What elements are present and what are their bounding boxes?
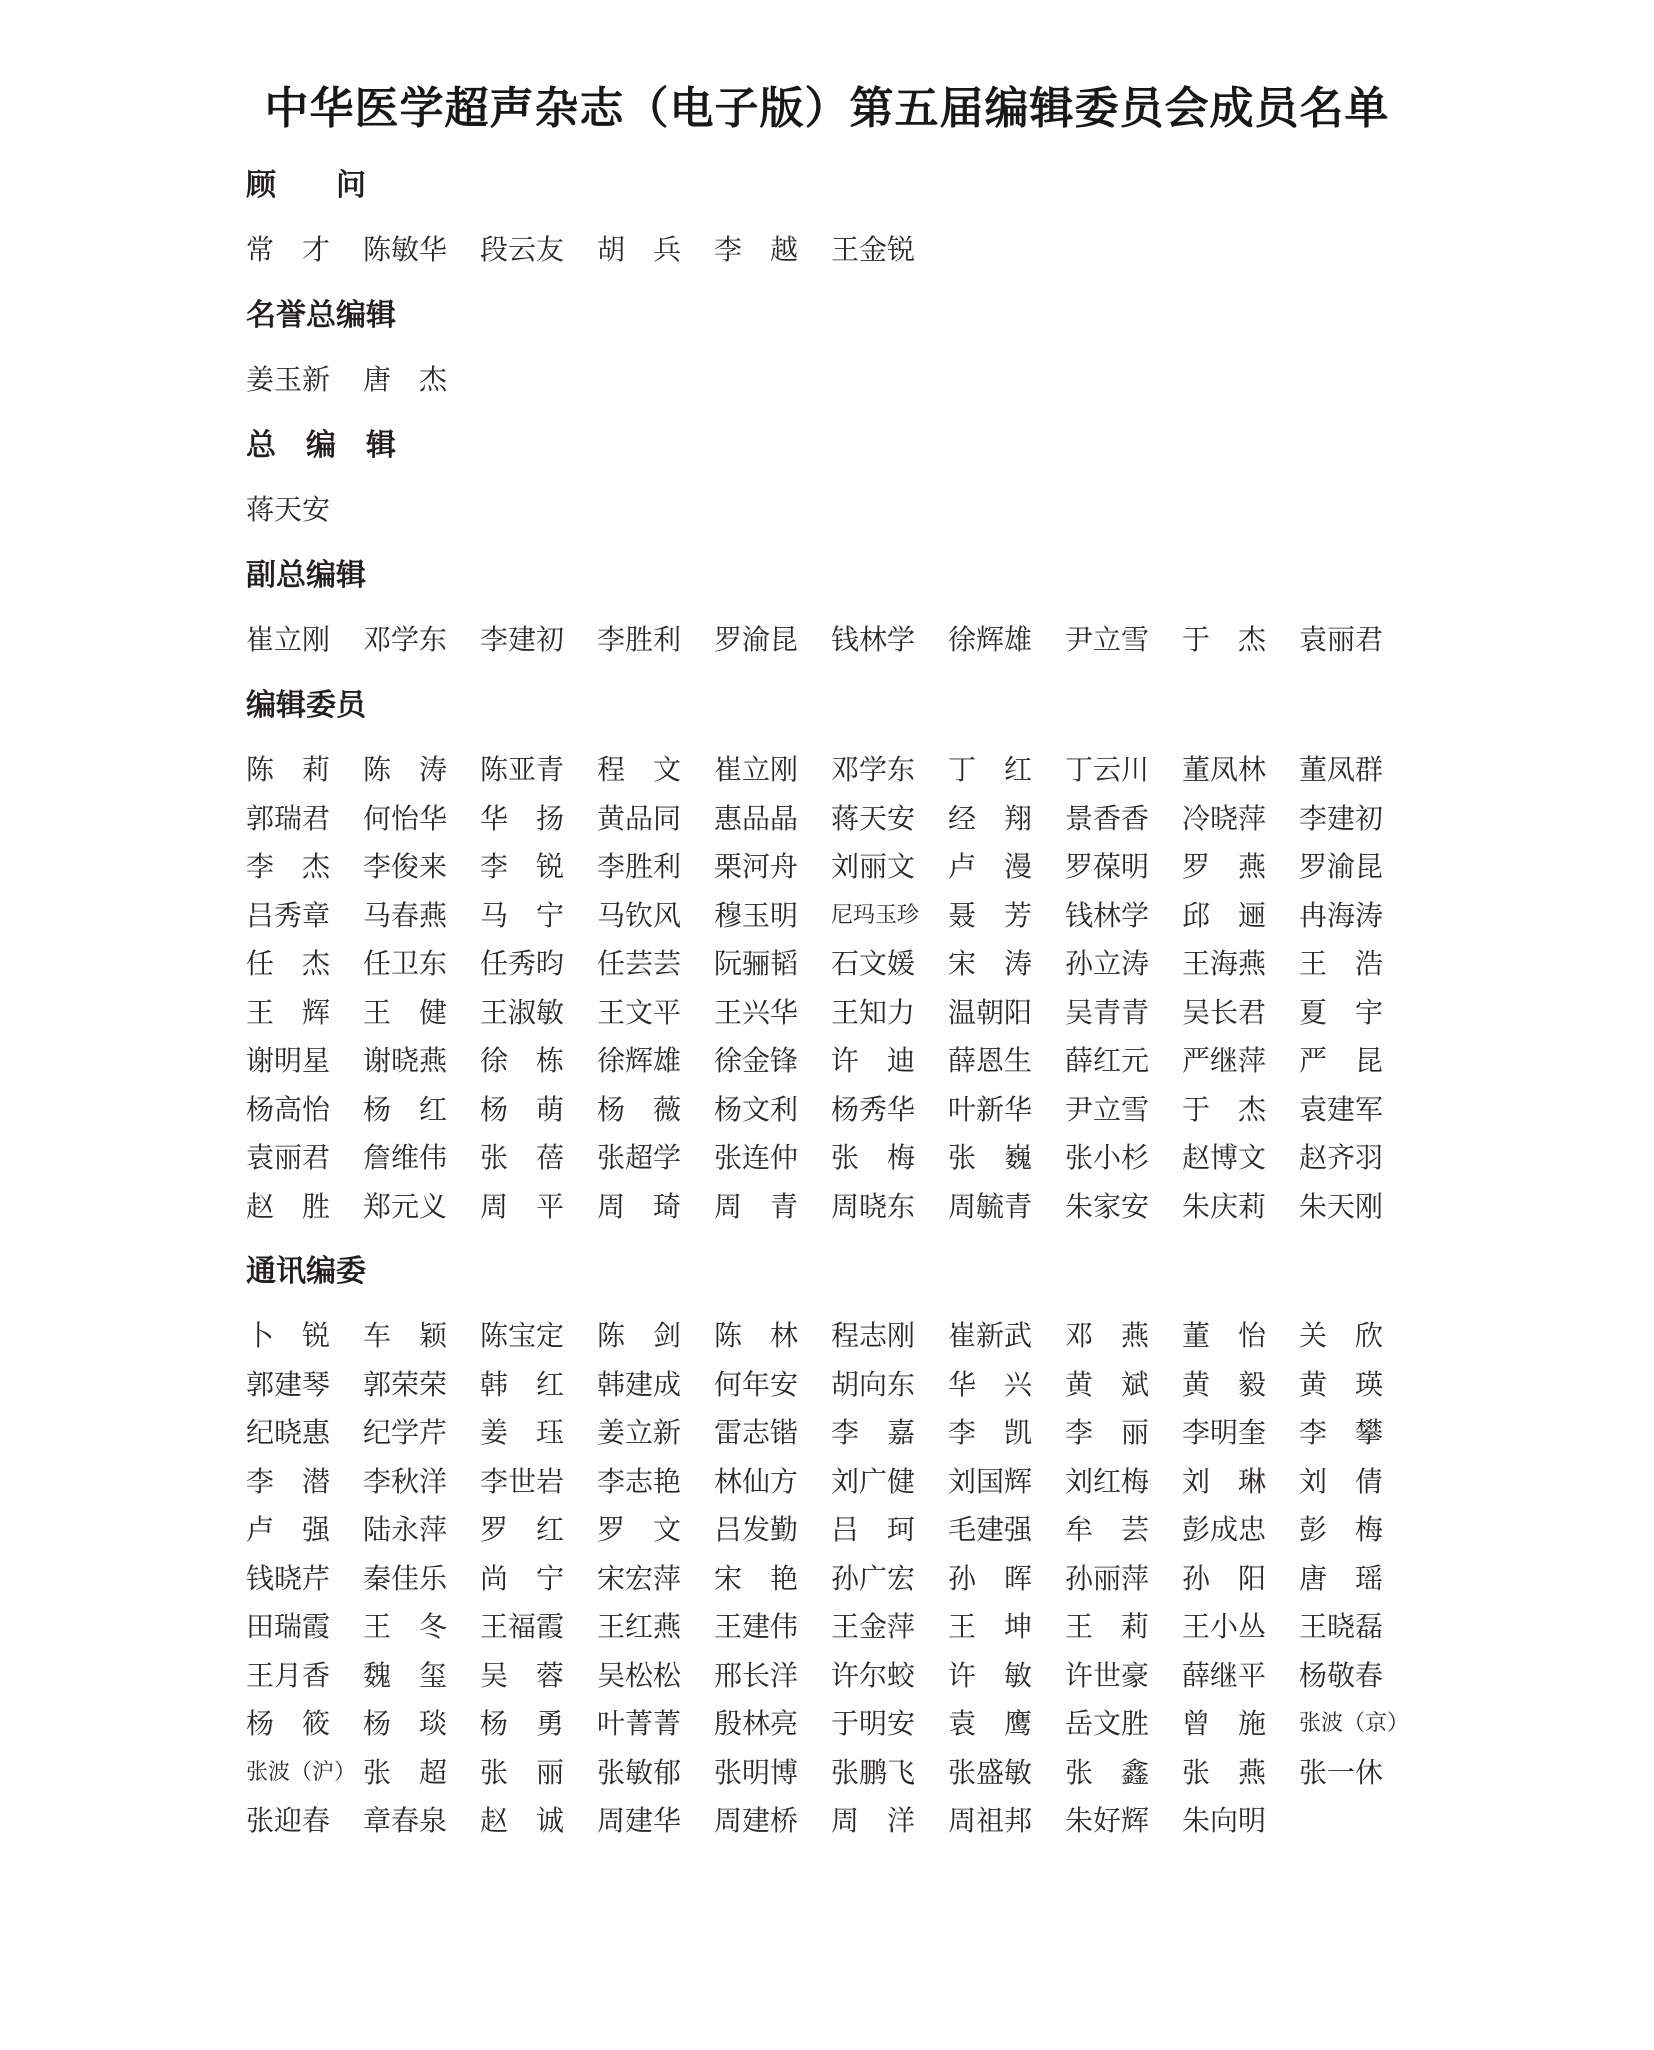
member-name: 崔立刚 <box>714 746 831 795</box>
member-name: 陈敏华 <box>363 226 480 275</box>
member-name: 李 杰 <box>246 843 363 892</box>
member-name: 关 欣 <box>1299 1312 1416 1361</box>
name-list: 陈 莉陈 涛陈亚青程 文崔立刚邓学东丁 红丁云川董凤林董凤群郭瑞君何怡华华 扬黄… <box>246 746 1426 1231</box>
member-name: 严 昆 <box>1299 1037 1416 1086</box>
member-name: 陈 莉 <box>246 746 363 795</box>
member-name: 姜 珏 <box>480 1409 597 1458</box>
member-name: 李 锐 <box>480 843 597 892</box>
member-name: 张 梅 <box>831 1134 948 1183</box>
section-heading: 通讯编委 <box>246 1250 1426 1294</box>
member-name: 孙丽萍 <box>1065 1555 1182 1604</box>
section-corresponding-editors: 通讯编委 卜 锐车 颖陈宝定陈 剑陈 林程志刚崔新武邓 燕董 怡关 欣郭建琴郭荣… <box>246 1250 1426 1846</box>
member-name: 杨 琰 <box>363 1700 480 1749</box>
member-name: 唐 杰 <box>363 356 480 405</box>
page-title: 中华医学超声杂志（电子版）第五届编辑委员会成员名单 <box>0 72 1654 136</box>
member-name: 栗河舟 <box>714 843 831 892</box>
member-name: 吕 珂 <box>831 1506 948 1555</box>
member-name: 刘 琳 <box>1182 1458 1299 1507</box>
member-name: 穆玉明 <box>714 892 831 941</box>
member-name: 岳文胜 <box>1065 1700 1182 1749</box>
member-name: 吴青青 <box>1065 989 1182 1038</box>
member-name: 赵 诚 <box>480 1797 597 1846</box>
member-name: 罗渝昆 <box>714 616 831 665</box>
member-name: 于 杰 <box>1182 1086 1299 1135</box>
member-name: 聂 芳 <box>948 892 1065 941</box>
member-name: 张鹏飞 <box>831 1749 948 1798</box>
member-name: 殷林亮 <box>714 1700 831 1749</box>
name-list: 卜 锐车 颖陈宝定陈 剑陈 林程志刚崔新武邓 燕董 怡关 欣郭建琴郭荣荣韩 红韩… <box>246 1312 1426 1846</box>
member-name: 孙 晖 <box>948 1555 1065 1604</box>
member-name: 杨 筱 <box>246 1700 363 1749</box>
member-name: 袁建军 <box>1299 1086 1416 1135</box>
member-name: 何怡华 <box>363 795 480 844</box>
member-name: 李秋洋 <box>363 1458 480 1507</box>
member-name: 刘国辉 <box>948 1458 1065 1507</box>
member-name: 罗 红 <box>480 1506 597 1555</box>
section-editorial-board: 编辑委员 陈 莉陈 涛陈亚青程 文崔立刚邓学东丁 红丁云川董凤林董凤群郭瑞君何怡… <box>246 684 1426 1231</box>
section-advisors: 顾 问 常 才陈敏华段云友胡 兵李 越王金锐 <box>246 164 1426 275</box>
name-list: 姜玉新唐 杰 <box>246 356 1426 405</box>
member-name: 黄 瑛 <box>1299 1361 1416 1410</box>
member-name: 尼玛玉珍 <box>831 892 948 941</box>
member-name: 薛继平 <box>1182 1652 1299 1701</box>
member-name: 韩建成 <box>597 1361 714 1410</box>
member-name: 杨敬春 <box>1299 1652 1416 1701</box>
member-name: 杨秀华 <box>831 1086 948 1135</box>
member-name: 邱 逦 <box>1182 892 1299 941</box>
member-name: 李 嘉 <box>831 1409 948 1458</box>
member-name: 薛红元 <box>1065 1037 1182 1086</box>
member-name: 朱向明 <box>1182 1797 1299 1846</box>
member-name: 李世岩 <box>480 1458 597 1507</box>
member-name: 罗 文 <box>597 1506 714 1555</box>
member-name: 詹维伟 <box>363 1134 480 1183</box>
member-name: 张 巍 <box>948 1134 1065 1183</box>
member-name: 任卫东 <box>363 940 480 989</box>
member-name: 尹立雪 <box>1065 616 1182 665</box>
member-name: 张迎春 <box>246 1797 363 1846</box>
member-name: 郭荣荣 <box>363 1361 480 1410</box>
member-name: 许 敏 <box>948 1652 1065 1701</box>
member-name: 姜玉新 <box>246 356 363 405</box>
member-name: 华 兴 <box>948 1361 1065 1410</box>
member-name: 程志刚 <box>831 1312 948 1361</box>
member-name: 周祖邦 <box>948 1797 1065 1846</box>
member-name: 郭瑞君 <box>246 795 363 844</box>
member-name: 景香香 <box>1065 795 1182 844</box>
member-name: 彭成忠 <box>1182 1506 1299 1555</box>
member-name: 陈亚青 <box>480 746 597 795</box>
member-name: 徐金锋 <box>714 1037 831 1086</box>
member-name: 杨 红 <box>363 1086 480 1135</box>
document-page: 中华医学超声杂志（电子版）第五届编辑委员会成员名单 顾 问 常 才陈敏华段云友胡… <box>0 0 1654 2050</box>
member-name: 王海燕 <box>1182 940 1299 989</box>
member-name: 章春泉 <box>363 1797 480 1846</box>
member-name: 林仙方 <box>714 1458 831 1507</box>
member-name: 蒋天安 <box>831 795 948 844</box>
member-name: 周 琦 <box>597 1183 714 1232</box>
member-name: 叶菁菁 <box>597 1700 714 1749</box>
name-list: 崔立刚邓学东李建初李胜利罗渝昆钱林学徐辉雄尹立雪于 杰袁丽君 <box>246 616 1426 665</box>
member-name: 李胜利 <box>597 616 714 665</box>
member-name: 经 翔 <box>948 795 1065 844</box>
member-name: 任秀昀 <box>480 940 597 989</box>
member-name: 杨高怡 <box>246 1086 363 1135</box>
member-name: 华 扬 <box>480 795 597 844</box>
member-name: 蒋天安 <box>246 486 363 535</box>
member-name: 尚 宁 <box>480 1555 597 1604</box>
member-name: 卢 强 <box>246 1506 363 1555</box>
member-name: 惠品晶 <box>714 795 831 844</box>
member-name: 纪晓惠 <box>246 1409 363 1458</box>
member-name: 邢长洋 <box>714 1652 831 1701</box>
member-name: 胡 兵 <box>597 226 714 275</box>
member-name: 冷晓萍 <box>1182 795 1299 844</box>
member-name: 李 丽 <box>1065 1409 1182 1458</box>
member-name: 刘广健 <box>831 1458 948 1507</box>
member-name: 周毓青 <box>948 1183 1065 1232</box>
member-name: 赵 胜 <box>246 1183 363 1232</box>
section-heading: 编辑委员 <box>246 684 1426 728</box>
member-name: 周 平 <box>480 1183 597 1232</box>
member-name: 冉海涛 <box>1299 892 1416 941</box>
member-name: 孙立涛 <box>1065 940 1182 989</box>
member-name: 宋宏萍 <box>597 1555 714 1604</box>
member-name: 杨 勇 <box>480 1700 597 1749</box>
member-name: 严继萍 <box>1182 1037 1299 1086</box>
member-name: 吴松松 <box>597 1652 714 1701</box>
name-list: 常 才陈敏华段云友胡 兵李 越王金锐 <box>246 226 1426 275</box>
member-name: 夏 宇 <box>1299 989 1416 1038</box>
member-name: 张 丽 <box>480 1749 597 1798</box>
member-name: 宋 艳 <box>714 1555 831 1604</box>
member-name: 袁丽君 <box>1299 616 1416 665</box>
member-name: 李俊来 <box>363 843 480 892</box>
member-name: 李 潜 <box>246 1458 363 1507</box>
section-heading: 总 编 辑 <box>246 424 1426 468</box>
member-name: 吕秀章 <box>246 892 363 941</box>
member-name: 吕发勤 <box>714 1506 831 1555</box>
member-name: 王 浩 <box>1299 940 1416 989</box>
member-name: 张连仲 <box>714 1134 831 1183</box>
member-name: 徐辉雄 <box>597 1037 714 1086</box>
member-name: 唐 瑶 <box>1299 1555 1416 1604</box>
member-name: 许 迪 <box>831 1037 948 1086</box>
member-name: 张 燕 <box>1182 1749 1299 1798</box>
member-name: 李志艳 <box>597 1458 714 1507</box>
member-name: 张 超 <box>363 1749 480 1798</box>
member-name: 李建初 <box>480 616 597 665</box>
member-name: 韩 红 <box>480 1361 597 1410</box>
member-name: 王 冬 <box>363 1603 480 1652</box>
member-name: 张明博 <box>714 1749 831 1798</box>
member-name: 邓 燕 <box>1065 1312 1182 1361</box>
member-name: 杨 薇 <box>597 1086 714 1135</box>
member-name: 周 洋 <box>831 1797 948 1846</box>
member-name: 曾 施 <box>1182 1700 1299 1749</box>
member-name: 秦佳乐 <box>363 1555 480 1604</box>
member-name: 朱家安 <box>1065 1183 1182 1232</box>
member-name: 王 健 <box>363 989 480 1038</box>
member-name: 叶新华 <box>948 1086 1065 1135</box>
member-name: 黄 斌 <box>1065 1361 1182 1410</box>
member-name: 王福霞 <box>480 1603 597 1652</box>
member-name: 许世豪 <box>1065 1652 1182 1701</box>
member-name: 陆永萍 <box>363 1506 480 1555</box>
member-name: 郑元义 <box>363 1183 480 1232</box>
member-name: 朱庆莉 <box>1182 1183 1299 1232</box>
member-name: 田瑞霞 <box>246 1603 363 1652</box>
member-name: 马春燕 <box>363 892 480 941</box>
member-name: 王月香 <box>246 1652 363 1701</box>
member-name: 钱晓芹 <box>246 1555 363 1604</box>
member-name: 邓学东 <box>363 616 480 665</box>
member-name: 王晓磊 <box>1299 1603 1416 1652</box>
member-name: 石文媛 <box>831 940 948 989</box>
member-name: 卢 漫 <box>948 843 1065 892</box>
member-name: 任芸芸 <box>597 940 714 989</box>
section-honorary-editor-in-chief: 名誉总编辑 姜玉新唐 杰 <box>246 294 1426 405</box>
member-name: 孙广宏 <box>831 1555 948 1604</box>
member-name: 黄品同 <box>597 795 714 844</box>
member-name: 宋 涛 <box>948 940 1065 989</box>
member-name: 王小丛 <box>1182 1603 1299 1652</box>
member-name: 陈 剑 <box>597 1312 714 1361</box>
member-name: 周建华 <box>597 1797 714 1846</box>
member-name: 毛建强 <box>948 1506 1065 1555</box>
member-name: 刘丽文 <box>831 843 948 892</box>
member-name: 谢明星 <box>246 1037 363 1086</box>
member-name: 阮骊韬 <box>714 940 831 989</box>
member-name: 何年安 <box>714 1361 831 1410</box>
section-heading: 顾 问 <box>246 164 1426 208</box>
member-name: 周晓东 <box>831 1183 948 1232</box>
member-name: 王建伟 <box>714 1603 831 1652</box>
member-name: 王 莉 <box>1065 1603 1182 1652</box>
member-name: 刘红梅 <box>1065 1458 1182 1507</box>
member-name: 于明安 <box>831 1700 948 1749</box>
section-editor-in-chief: 总 编 辑 蒋天安 <box>246 424 1426 535</box>
member-name: 王红燕 <box>597 1603 714 1652</box>
member-name: 赵齐羽 <box>1299 1134 1416 1183</box>
member-name: 姜立新 <box>597 1409 714 1458</box>
member-name: 丁 红 <box>948 746 1065 795</box>
member-name: 王知力 <box>831 989 948 1038</box>
member-name: 陈宝定 <box>480 1312 597 1361</box>
member-name: 段云友 <box>480 226 597 275</box>
member-name: 马钦风 <box>597 892 714 941</box>
member-name: 张盛敏 <box>948 1749 1065 1798</box>
member-name: 朱天刚 <box>1299 1183 1416 1232</box>
section-deputy-editors: 副总编辑 崔立刚邓学东李建初李胜利罗渝昆钱林学徐辉雄尹立雪于 杰袁丽君 <box>246 554 1426 665</box>
member-name: 钱林学 <box>831 616 948 665</box>
member-name: 于 杰 <box>1182 616 1299 665</box>
member-name: 李 越 <box>714 226 831 275</box>
member-name: 张 蓓 <box>480 1134 597 1183</box>
member-name: 吴长君 <box>1182 989 1299 1038</box>
member-name: 刘 倩 <box>1299 1458 1416 1507</box>
member-name: 雷志锴 <box>714 1409 831 1458</box>
member-name: 车 颖 <box>363 1312 480 1361</box>
member-name: 张超学 <box>597 1134 714 1183</box>
member-name: 尹立雪 <box>1065 1086 1182 1135</box>
member-name: 杨文利 <box>714 1086 831 1135</box>
member-name: 罗渝昆 <box>1299 843 1416 892</box>
member-name: 马 宁 <box>480 892 597 941</box>
name-list: 蒋天安 <box>246 486 1426 535</box>
member-name: 董凤林 <box>1182 746 1299 795</box>
member-name: 吴 蓉 <box>480 1652 597 1701</box>
member-name: 董凤群 <box>1299 746 1416 795</box>
member-name: 张敏郁 <box>597 1749 714 1798</box>
member-name: 钱林学 <box>1065 892 1182 941</box>
member-name: 杨 萌 <box>480 1086 597 1135</box>
member-name: 李 攀 <box>1299 1409 1416 1458</box>
member-name: 王 辉 <box>246 989 363 1038</box>
member-name: 周建桥 <box>714 1797 831 1846</box>
member-name: 薛恩生 <box>948 1037 1065 1086</box>
member-name: 袁丽君 <box>246 1134 363 1183</box>
member-name: 任 杰 <box>246 940 363 989</box>
member-name: 纪学芹 <box>363 1409 480 1458</box>
member-name: 袁 鹰 <box>948 1700 1065 1749</box>
member-name: 魏 玺 <box>363 1652 480 1701</box>
member-name: 李 凯 <box>948 1409 1065 1458</box>
member-name: 崔立刚 <box>246 616 363 665</box>
member-name: 罗 燕 <box>1182 843 1299 892</box>
member-name: 王金锐 <box>831 226 948 275</box>
member-name: 许尔蛟 <box>831 1652 948 1701</box>
member-name: 陈 涛 <box>363 746 480 795</box>
member-name: 张小杉 <box>1065 1134 1182 1183</box>
section-heading: 名誉总编辑 <box>246 294 1426 338</box>
member-name: 李明奎 <box>1182 1409 1299 1458</box>
member-name: 邓学东 <box>831 746 948 795</box>
member-name: 周 青 <box>714 1183 831 1232</box>
member-name: 孙 阳 <box>1182 1555 1299 1604</box>
section-heading: 副总编辑 <box>246 554 1426 598</box>
member-name: 朱好辉 <box>1065 1797 1182 1846</box>
member-name: 陈 林 <box>714 1312 831 1361</box>
member-name: 常 才 <box>246 226 363 275</box>
member-name: 丁云川 <box>1065 746 1182 795</box>
member-name: 徐 栋 <box>480 1037 597 1086</box>
member-name: 程 文 <box>597 746 714 795</box>
member-name: 王淑敏 <box>480 989 597 1038</box>
member-name: 温朝阳 <box>948 989 1065 1038</box>
member-name: 王文平 <box>597 989 714 1038</box>
member-name: 郭建琴 <box>246 1361 363 1410</box>
member-name: 赵博文 <box>1182 1134 1299 1183</box>
member-name: 张波（京） <box>1299 1700 1416 1749</box>
member-name: 彭 梅 <box>1299 1506 1416 1555</box>
member-name: 谢晓燕 <box>363 1037 480 1086</box>
member-name: 崔新武 <box>948 1312 1065 1361</box>
member-name: 罗葆明 <box>1065 843 1182 892</box>
member-name: 胡向东 <box>831 1361 948 1410</box>
member-name: 李建初 <box>1299 795 1416 844</box>
member-name: 牟 芸 <box>1065 1506 1182 1555</box>
member-name: 黄 毅 <box>1182 1361 1299 1410</box>
member-name: 董 怡 <box>1182 1312 1299 1361</box>
member-name: 徐辉雄 <box>948 616 1065 665</box>
member-name: 李胜利 <box>597 843 714 892</box>
member-name: 王兴华 <box>714 989 831 1038</box>
member-name: 张波（沪） <box>246 1749 363 1798</box>
member-name: 卜 锐 <box>246 1312 363 1361</box>
member-name: 张一休 <box>1299 1749 1416 1798</box>
member-name: 王金萍 <box>831 1603 948 1652</box>
member-name: 王 坤 <box>948 1603 1065 1652</box>
member-name: 张 鑫 <box>1065 1749 1182 1798</box>
